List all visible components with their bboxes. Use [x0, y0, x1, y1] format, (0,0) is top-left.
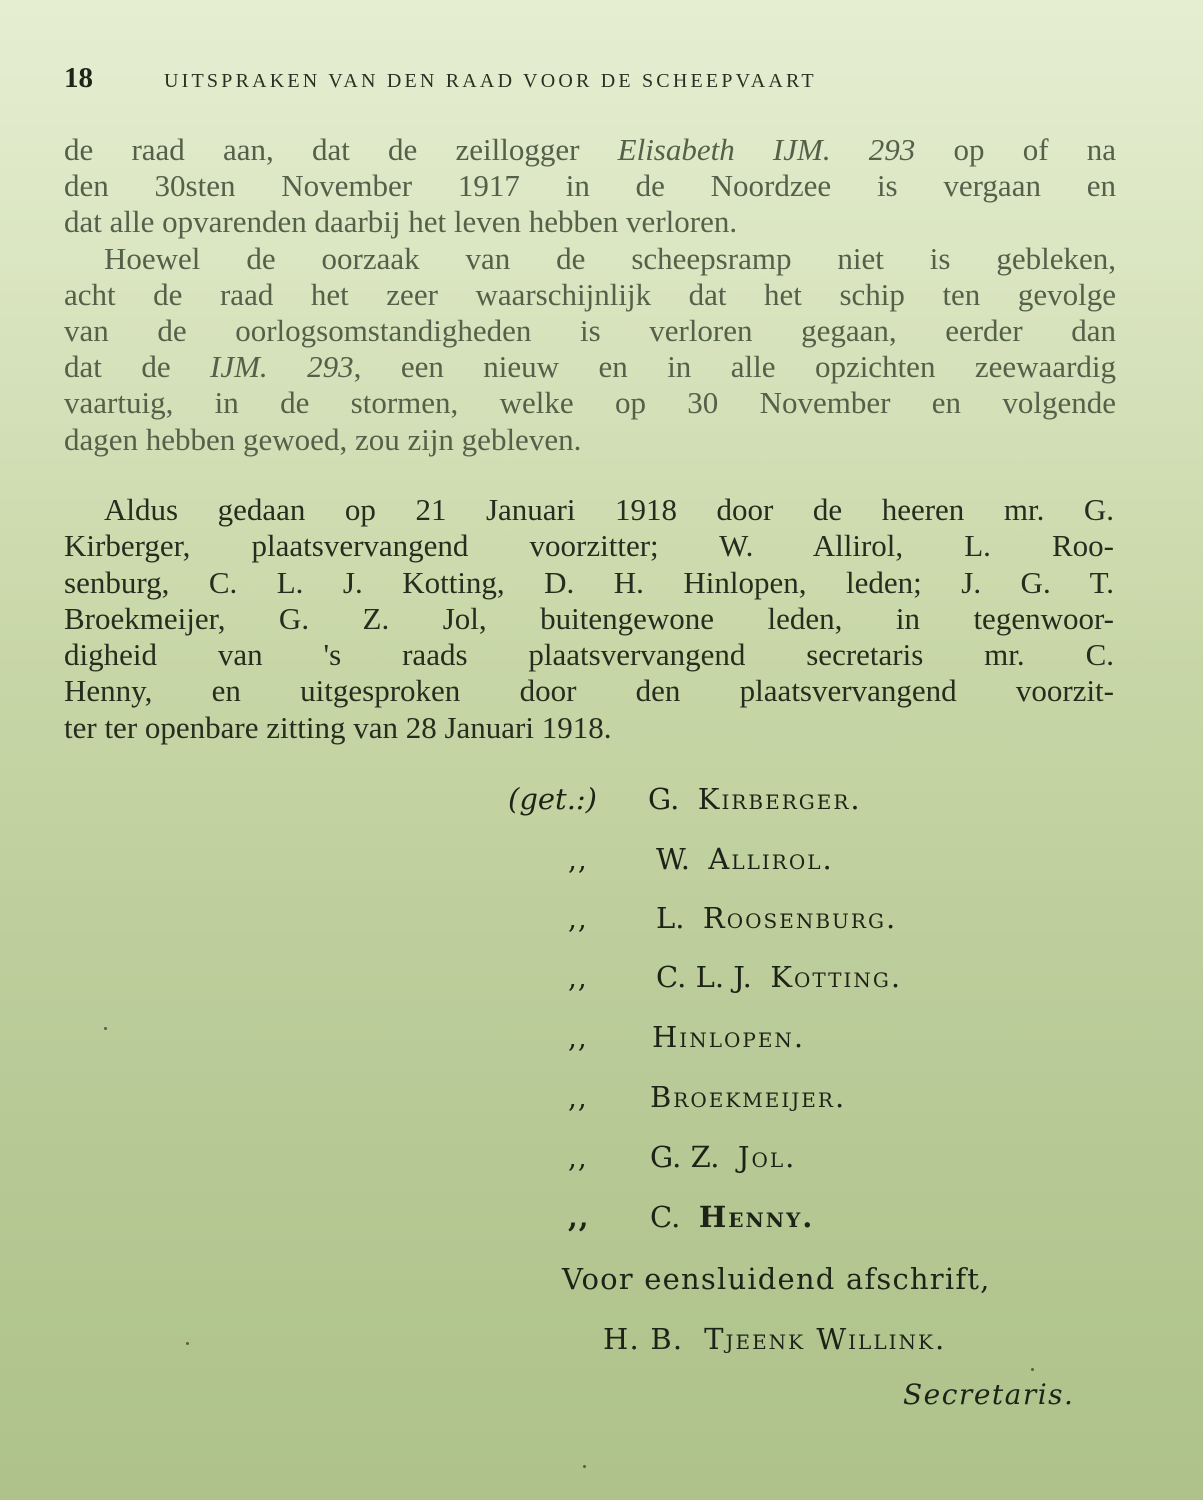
signer-initials: W.: [656, 842, 690, 876]
paper-speck: [104, 1027, 107, 1030]
signer-surname: Jol.: [738, 1140, 797, 1174]
signer-surname: Hinlopen.: [652, 1020, 805, 1054]
ditto-mark: ,,: [568, 1201, 650, 1234]
signer-surname: Allirol.: [708, 842, 833, 876]
signature-row: ,, G. Z. Jol.: [568, 1140, 796, 1174]
signature-row: ,, C. Henny.: [568, 1200, 814, 1234]
secretary-surname: Tjeenk Willink.: [704, 1322, 946, 1356]
ditto-mark: ,,: [568, 843, 656, 876]
signature-block: (get.:) G. Kirberger. ,, W. Allirol. ,, …: [0, 0, 1203, 1500]
ditto-mark: ,,: [568, 1021, 652, 1054]
paper-speck: [186, 1342, 189, 1345]
paper-speck: [583, 1465, 586, 1468]
secretary-signature: H. B. Tjeenk Willink.: [603, 1322, 946, 1356]
secretary-role: Secretaris.: [903, 1378, 1074, 1411]
signer-initials: G. Z.: [650, 1140, 719, 1174]
ditto-mark: ,,: [568, 961, 656, 994]
signer-surname: Henny.: [699, 1200, 815, 1234]
signer-initials: C. L. J.: [656, 960, 752, 994]
ditto-mark: ,,: [568, 1081, 650, 1114]
attestation-line: Voor eensluidend afschrift,: [562, 1262, 991, 1296]
signature-row: ,, C. L. J. Kotting.: [568, 960, 902, 994]
signature-row: ,, W. Allirol.: [568, 842, 834, 876]
signed-label: (get.:): [508, 782, 648, 816]
ditto-mark: ,,: [568, 902, 656, 935]
signature-row: ,, Broekmeijer.: [568, 1080, 846, 1114]
paper-speck: [1031, 1368, 1034, 1371]
signature-row: ,, Hinlopen.: [568, 1020, 805, 1054]
secretary-initials: H. B.: [603, 1322, 683, 1356]
ditto-mark: ,,: [568, 1141, 650, 1174]
scanned-page: 18 UITSPRAKEN VAN DEN RAAD VOOR DE SCHEE…: [0, 0, 1203, 1500]
signer-initials: C.: [650, 1200, 680, 1234]
signer-surname: Kirberger.: [698, 782, 862, 816]
signature-row: (get.:) G. Kirberger.: [508, 782, 862, 816]
signer-surname: Broekmeijer.: [650, 1080, 846, 1114]
signer-surname: Roosenburg.: [703, 901, 897, 935]
signature-row: ,, L. Roosenburg.: [568, 901, 897, 935]
signer-surname: Kotting.: [770, 960, 902, 994]
signer-initials: G.: [648, 782, 679, 816]
signer-initials: L.: [656, 901, 684, 935]
